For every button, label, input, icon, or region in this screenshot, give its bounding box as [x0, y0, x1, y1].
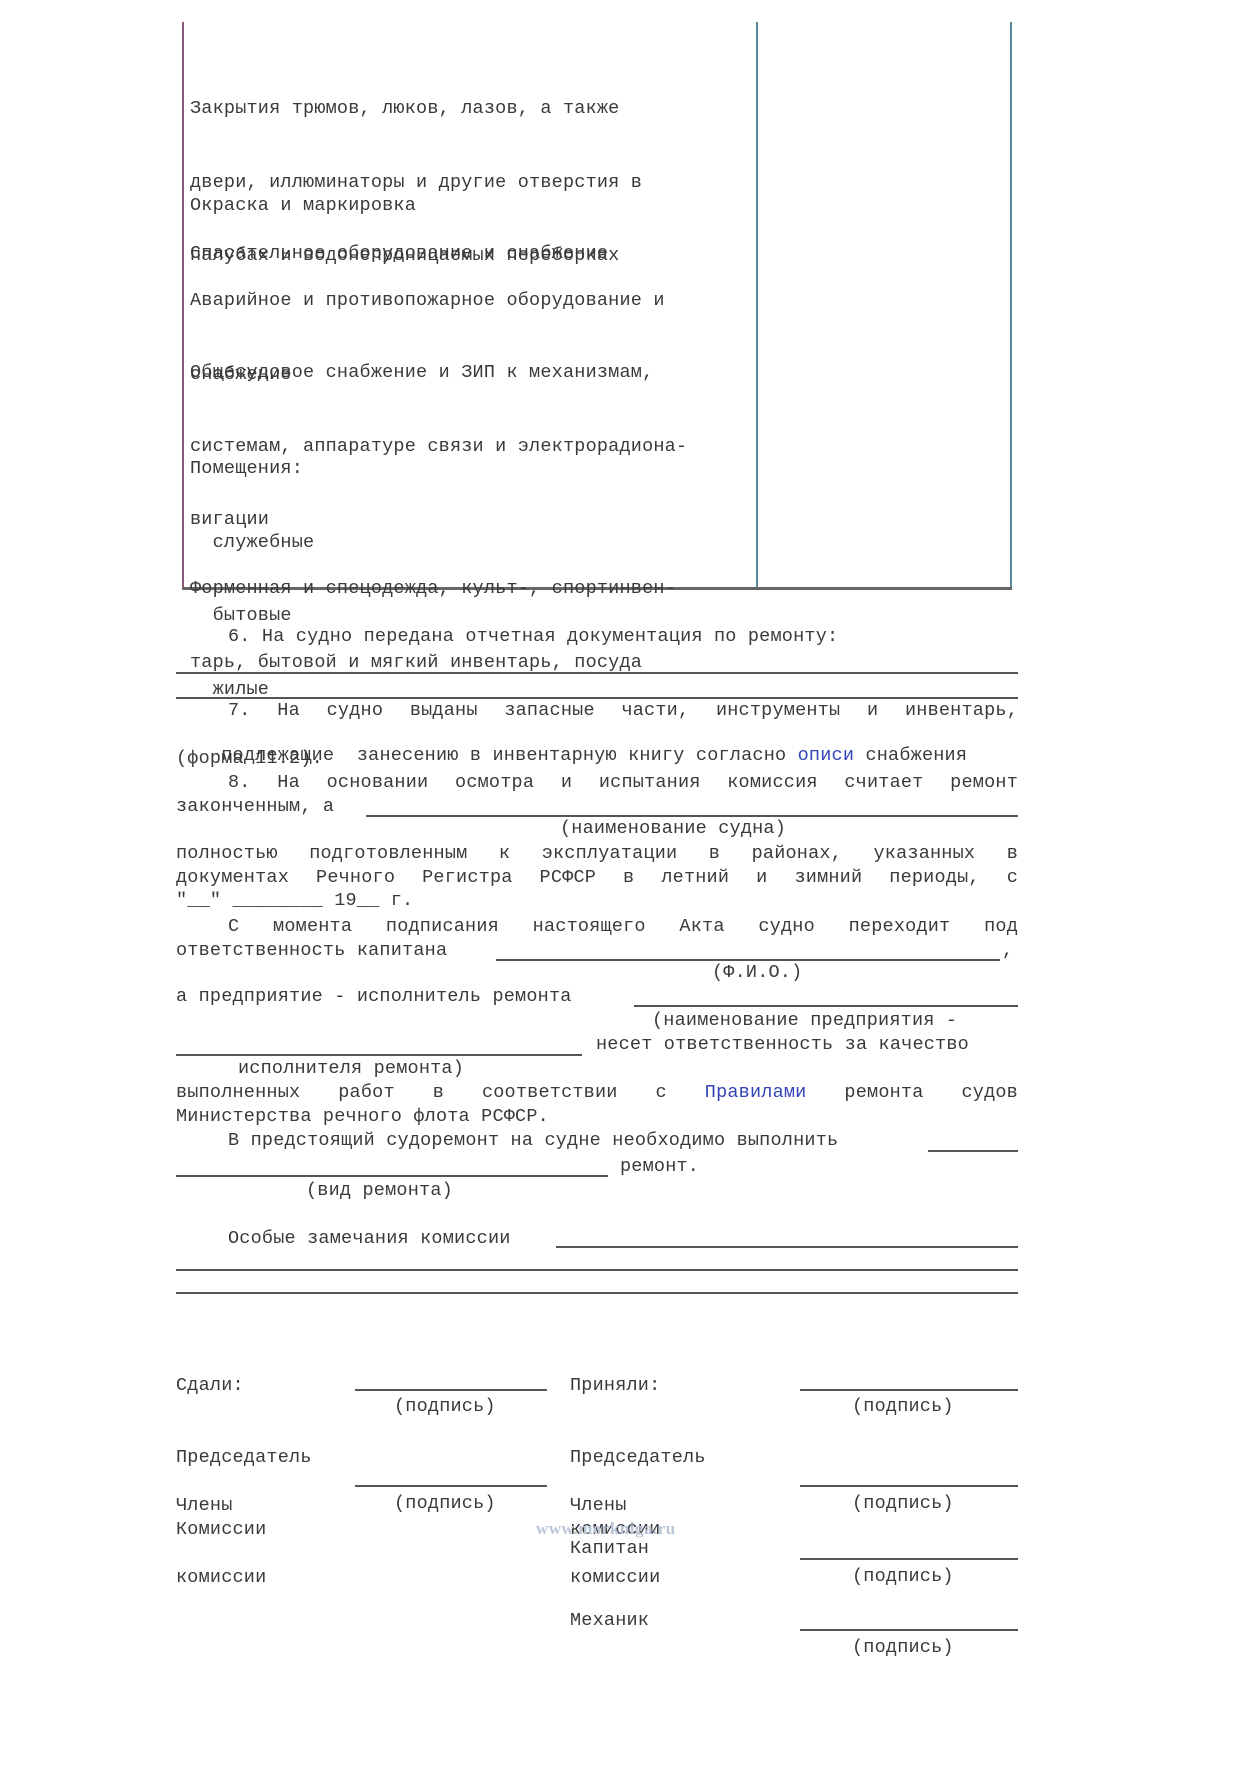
handed-over-title: Сдали:: [176, 1374, 312, 1398]
inventory-list-link[interactable]: описи: [798, 745, 855, 766]
handed-over-chair-signature[interactable]: [355, 1389, 547, 1391]
section-6-text: 6. На судно передана отчетная документац…: [228, 626, 838, 647]
section-8-line-8: а предприятие - исполнитель ремонта: [176, 986, 572, 1007]
section-8-line-13: ремонт.: [620, 1156, 699, 1177]
section-7-text: снабжения: [854, 745, 967, 766]
table-column-divider: [756, 22, 758, 588]
repair-type-field-2[interactable]: [176, 1175, 608, 1177]
accepted-members-signature[interactable]: [800, 1485, 1018, 1487]
repair-rules-link[interactable]: Правилами: [705, 1082, 807, 1103]
members-label: Члены: [176, 1494, 266, 1518]
section-7-line-3: (форма 11.2).: [176, 748, 323, 769]
document-page: Закрытия трюмов, люков, лазов, а также д…: [0, 0, 1250, 1770]
section-8-line-7: ответственность капитана: [176, 940, 447, 961]
section-8-line-1: 8. На основании осмотра и испытания коми…: [176, 772, 1018, 793]
enterprise-caption-2: исполнителя ремонта): [238, 1058, 464, 1079]
mechanic-label: Механик: [570, 1610, 649, 1631]
remarks-label: Особые замечания комиссии: [228, 1228, 511, 1249]
row-text: Закрытия трюмов, люков, лазов, а также: [190, 97, 642, 122]
enterprise-name-field-2[interactable]: [176, 1054, 582, 1056]
section-8-line-11: Министерства речного флота РСФСР.: [176, 1106, 549, 1127]
members-label: комиссии: [570, 1566, 660, 1590]
section-8-line-6: С момента подписания настоящего Акта суд…: [176, 916, 1018, 937]
handed-over-members-block: Члены комиссии: [176, 1446, 266, 1638]
repair-type-caption: (вид ремонта): [306, 1180, 453, 1201]
enterprise-caption-1: (наименование предприятия -: [652, 1010, 957, 1031]
section-8-text: выполненных работ в соответствии с: [176, 1082, 705, 1103]
row-text: Форменная и спецодежда, культ-, спортинв…: [190, 577, 676, 602]
accepted-chair-signature[interactable]: [800, 1389, 1018, 1391]
accepted-title: Приняли:: [570, 1374, 706, 1398]
comma: ,: [1002, 940, 1013, 961]
repair-type-field[interactable]: [928, 1150, 1018, 1152]
mechanic-signature[interactable]: [800, 1629, 1018, 1631]
fio-caption: (Ф.И.О.): [712, 962, 802, 983]
members-label: комиссии: [176, 1566, 266, 1590]
section-8-line-3: полностью подготовленным к эксплуатации …: [176, 843, 1018, 864]
table-left-border: [182, 22, 184, 588]
section-7-line-1: 7. На судно выданы запасные части, инстр…: [176, 700, 1018, 721]
remarks-field-3[interactable]: [176, 1292, 1018, 1294]
section-8-line-4: документах Речного Регистра РСФСР в летн…: [176, 867, 1018, 888]
section-6-blank-line-2[interactable]: [176, 697, 1018, 699]
section-8-line-10: выполненных работ в соответствии с Прави…: [176, 1082, 1018, 1103]
row-text: Общесудовое снабжение и ЗИП к механизмам…: [190, 361, 687, 386]
signature-caption: (подпись): [394, 1396, 496, 1417]
captain-name-field[interactable]: [496, 959, 1000, 961]
section-6-blank-line-1[interactable]: [176, 672, 1018, 674]
section-8-line-2: законченным, а: [176, 796, 334, 817]
vessel-name-caption: (наименование судна): [560, 818, 786, 839]
signature-caption: (подпись): [852, 1396, 954, 1417]
captain-label: Капитан: [570, 1538, 649, 1559]
signature-caption: (подпись): [394, 1493, 496, 1514]
handed-over-members-signature[interactable]: [355, 1485, 547, 1487]
signature-caption: (подпись): [852, 1566, 954, 1587]
date-field[interactable]: "__" ________ 19__ г.: [176, 890, 413, 911]
vessel-name-field[interactable]: [366, 815, 1018, 817]
signature-caption: (подпись): [852, 1637, 954, 1658]
signature-caption: (подпись): [852, 1493, 954, 1514]
row-text: Аварийное и противопожарное оборудование…: [190, 289, 665, 314]
section-8-line-12: В предстоящий судоремонт на судне необхо…: [228, 1130, 838, 1151]
enterprise-name-field[interactable]: [634, 1005, 1018, 1007]
remarks-field-1[interactable]: [556, 1246, 1018, 1248]
remarks-field-2[interactable]: [176, 1269, 1018, 1271]
section-8-line-9: несет ответственность за качество: [596, 1034, 969, 1055]
section-8-text: ремонта судов: [806, 1082, 1018, 1103]
members-label: Члены: [570, 1494, 660, 1518]
row-text: Помещения:: [190, 457, 314, 482]
captain-signature[interactable]: [800, 1558, 1018, 1560]
watermark: www.morkniga.ru: [536, 1519, 676, 1539]
table-right-border: [1010, 22, 1012, 588]
